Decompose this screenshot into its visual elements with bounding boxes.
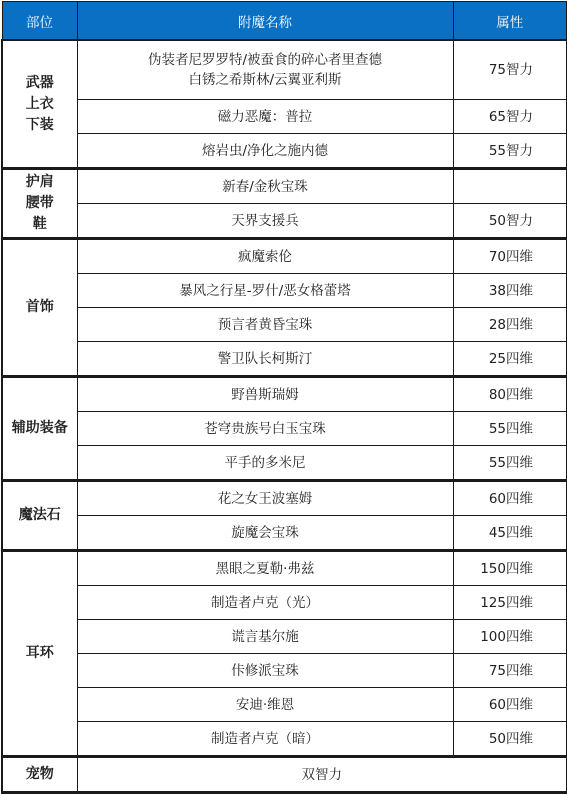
enchant-name: 伪装者尼罗罗特/被蚕食的碎心者里查德 — [78, 50, 453, 70]
attribute-cell: 125四维 — [453, 586, 567, 620]
table-row: 辅助装备 野兽斯瑞姆 80四维 — [2, 377, 567, 412]
enchant-name-cell: 暴风之行星-罗什/恶女格蕾塔 — [77, 274, 453, 308]
attribute-cell: 50智力 — [453, 204, 567, 239]
part-cell: 首饰 — [2, 239, 77, 377]
table-row: 佧修派宝珠 75四维 — [2, 654, 567, 688]
part-label: 上衣 — [3, 94, 77, 115]
part-cell: 宠物 — [2, 757, 77, 780]
attribute-cell — [453, 169, 567, 204]
enchant-name-cell: 警卫队长柯斯汀 — [77, 342, 453, 377]
attribute-cell: 100四维 — [453, 620, 567, 654]
enchant-name-cell: 新春/金秋宝珠 — [77, 169, 453, 204]
table-row: 旋魔会宝珠 45四维 — [2, 516, 567, 551]
enchant-name-cell: 花之女王波塞姆 — [77, 481, 453, 516]
table-row: 护肩 腰带 鞋 新春/金秋宝珠 — [2, 169, 567, 204]
enchant-name-cell: 伪装者尼罗罗特/被蚕食的碎心者里查德 白锈之希斯林/云翼亚利斯 — [77, 40, 453, 100]
table-row: 天界支援兵 50智力 — [2, 204, 567, 239]
enchant-name-cell: 黑眼之夏勒·弗兹 — [77, 551, 453, 586]
header-part: 部位 — [2, 2, 77, 41]
table-row: 首饰 疯魔索伦 70四维 — [2, 239, 567, 274]
enchant-name-cell: 苍穹贵族号白玉宝珠 — [77, 412, 453, 446]
table-row: 暴风之行星-罗什/恶女格蕾塔 38四维 — [2, 274, 567, 308]
table-row: 苍穹贵族号白玉宝珠 55四维 — [2, 412, 567, 446]
enchant-name: 白锈之希斯林/云翼亚利斯 — [78, 70, 453, 90]
table-row: 武器 上衣 下装 伪装者尼罗罗特/被蚕食的碎心者里查德 白锈之希斯林/云翼亚利斯… — [2, 40, 567, 100]
attribute-cell: 28四维 — [453, 308, 567, 342]
part-cell: 耳环 — [2, 551, 77, 757]
attribute-cell: 38四维 — [453, 274, 567, 308]
enchant-name-cell: 预言者黄昏宝珠 — [77, 308, 453, 342]
attribute-cell: 55四维 — [453, 446, 567, 481]
header-attribute: 属性 — [453, 2, 567, 41]
table-row: 磁力恶魔：普拉 65智力 — [2, 100, 567, 134]
enchant-name-cell: 旋魔会宝珠 — [77, 516, 453, 551]
attribute-cell: 75智力 — [453, 40, 567, 100]
part-label: 护肩 — [3, 172, 77, 193]
enchant-name-cell: 安迪·维恩 — [77, 688, 453, 722]
table-row: 魔法石 花之女王波塞姆 60四维 — [2, 481, 567, 516]
header-enchant-name: 附魔名称 — [77, 2, 453, 41]
table-row: 平手的多米尼 55四维 — [2, 446, 567, 481]
enchant-name-cell: 磁力恶魔：普拉 — [77, 100, 453, 134]
attribute-cell: 55智力 — [453, 134, 567, 169]
part-cell: 辅助装备 — [2, 377, 77, 481]
enchant-name-cell: 制造者卢克（暗） — [77, 722, 453, 757]
part-label: 下装 — [3, 115, 77, 136]
attribute-cell: 60四维 — [453, 688, 567, 722]
merged-value-cell: 双智力 — [77, 757, 567, 780]
table-row: 安迪·维恩 60四维 — [2, 688, 567, 722]
enchant-name-cell: 疯魔索伦 — [77, 239, 453, 274]
part-cell: 魔法石 — [2, 481, 77, 551]
enchantment-table: 部位 附魔名称 属性 武器 上衣 下装 伪装者尼罗罗特/被蚕食的碎心者里查德 白… — [1, 1, 567, 779]
enchant-name-cell: 制造者卢克（光） — [77, 586, 453, 620]
table-row: 预言者黄昏宝珠 28四维 — [2, 308, 567, 342]
attribute-cell: 80四维 — [453, 377, 567, 412]
attribute-cell: 75四维 — [453, 654, 567, 688]
table-row: 谎言基尔施 100四维 — [2, 620, 567, 654]
enchant-name-cell: 天界支援兵 — [77, 204, 453, 239]
table-row: 宠物 双智力 — [2, 757, 567, 780]
table-row: 警卫队长柯斯汀 25四维 — [2, 342, 567, 377]
enchant-name-cell: 谎言基尔施 — [77, 620, 453, 654]
part-label: 武器 — [3, 73, 77, 94]
attribute-cell: 150四维 — [453, 551, 567, 586]
attribute-cell: 65智力 — [453, 100, 567, 134]
part-cell: 护肩 腰带 鞋 — [2, 169, 77, 239]
table-row: 制造者卢克（暗） 50四维 — [2, 722, 567, 757]
enchant-name-cell: 野兽斯瑞姆 — [77, 377, 453, 412]
attribute-cell: 45四维 — [453, 516, 567, 551]
attribute-cell: 50四维 — [453, 722, 567, 757]
part-cell: 武器 上衣 下装 — [2, 40, 77, 169]
attribute-cell: 25四维 — [453, 342, 567, 377]
header-row: 部位 附魔名称 属性 — [2, 2, 567, 41]
enchant-name-cell: 佧修派宝珠 — [77, 654, 453, 688]
part-label: 鞋 — [3, 214, 77, 235]
attribute-cell: 60四维 — [453, 481, 567, 516]
enchant-name-cell: 熔岩虫/净化之施内德 — [77, 134, 453, 169]
attribute-cell: 70四维 — [453, 239, 567, 274]
part-label: 腰带 — [3, 193, 77, 214]
table-row: 熔岩虫/净化之施内德 55智力 — [2, 134, 567, 169]
table-row: 制造者卢克（光） 125四维 — [2, 586, 567, 620]
enchant-name-cell: 平手的多米尼 — [77, 446, 453, 481]
table-row: 耳环 黑眼之夏勒·弗兹 150四维 — [2, 551, 567, 586]
attribute-cell: 55四维 — [453, 412, 567, 446]
